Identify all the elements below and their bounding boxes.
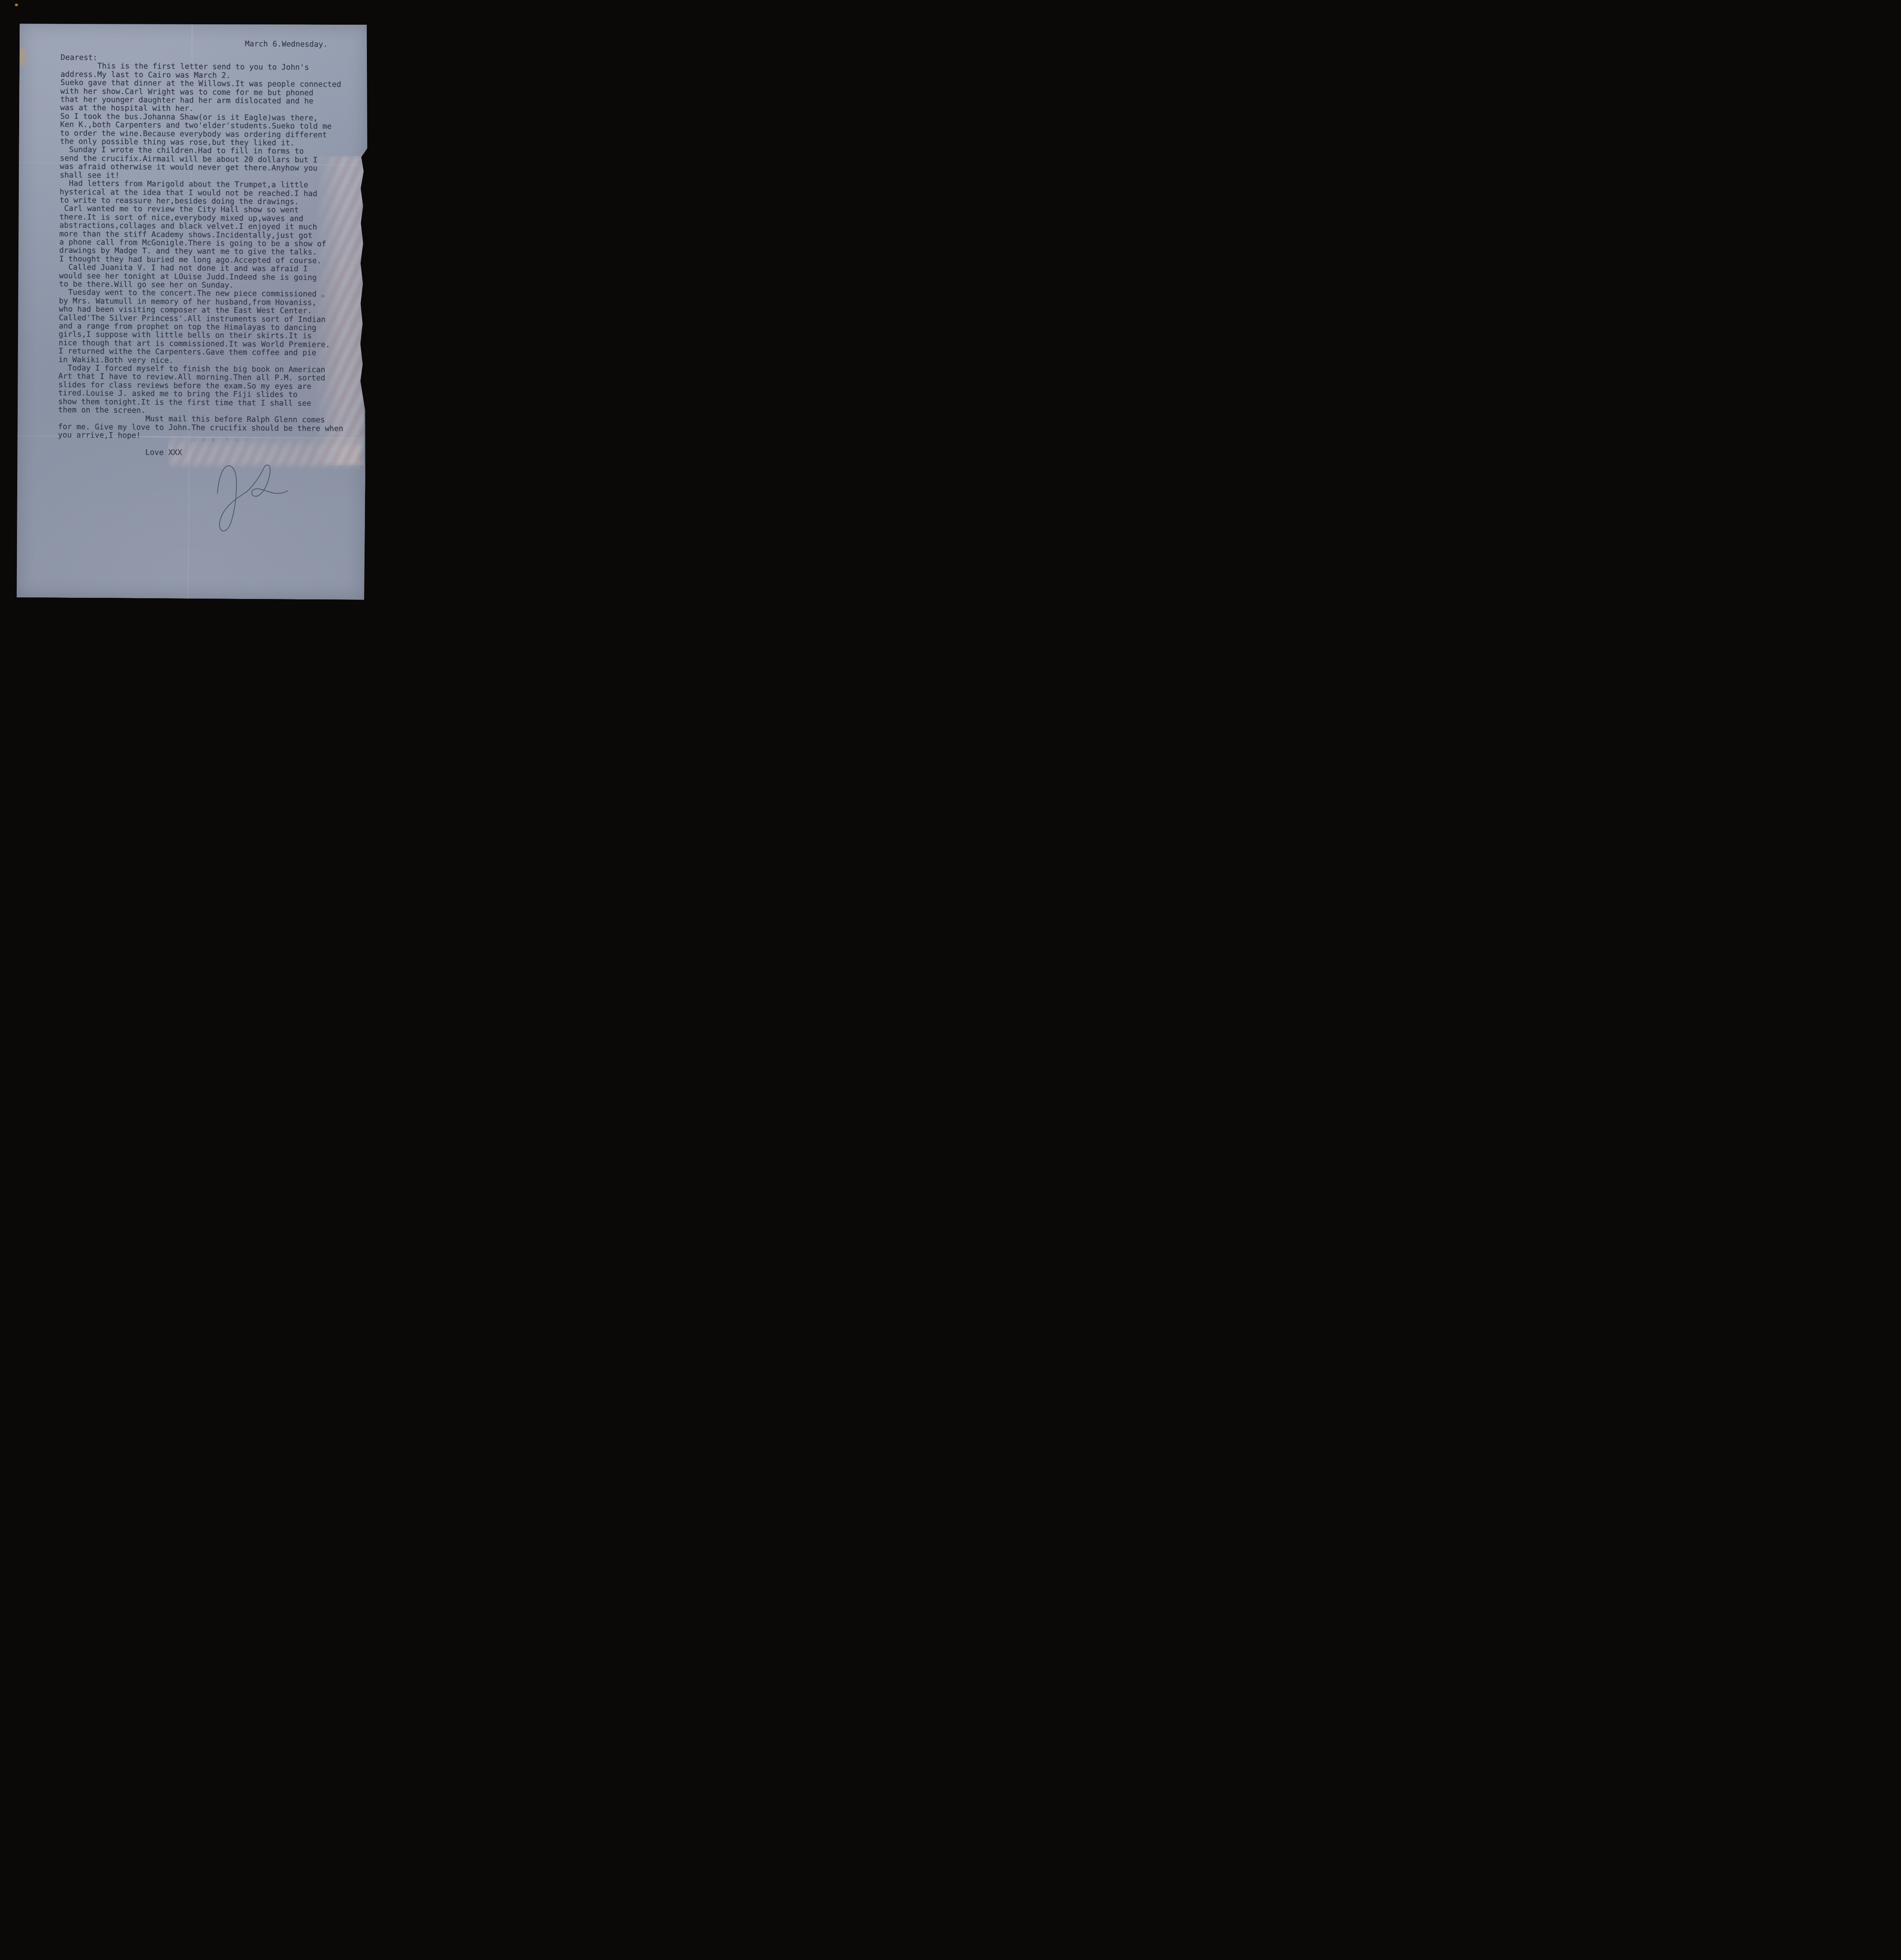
date-line: March 6.Wednesday. [245, 40, 328, 49]
letter-line: Love XXX [58, 448, 343, 458]
envelope-ghost-print: C O N T O T [193, 438, 250, 443]
pencil-signature-scribble [210, 463, 289, 549]
stain-speck [15, 4, 18, 6]
letter-page: March 6.Wednesday. Dearest: This is the … [16, 22, 368, 600]
letter-body: Dearest: This is the first letter send t… [58, 53, 346, 458]
scan-background: March 6.Wednesday. Dearest: This is the … [0, 0, 380, 600]
tan-stain [16, 40, 29, 73]
